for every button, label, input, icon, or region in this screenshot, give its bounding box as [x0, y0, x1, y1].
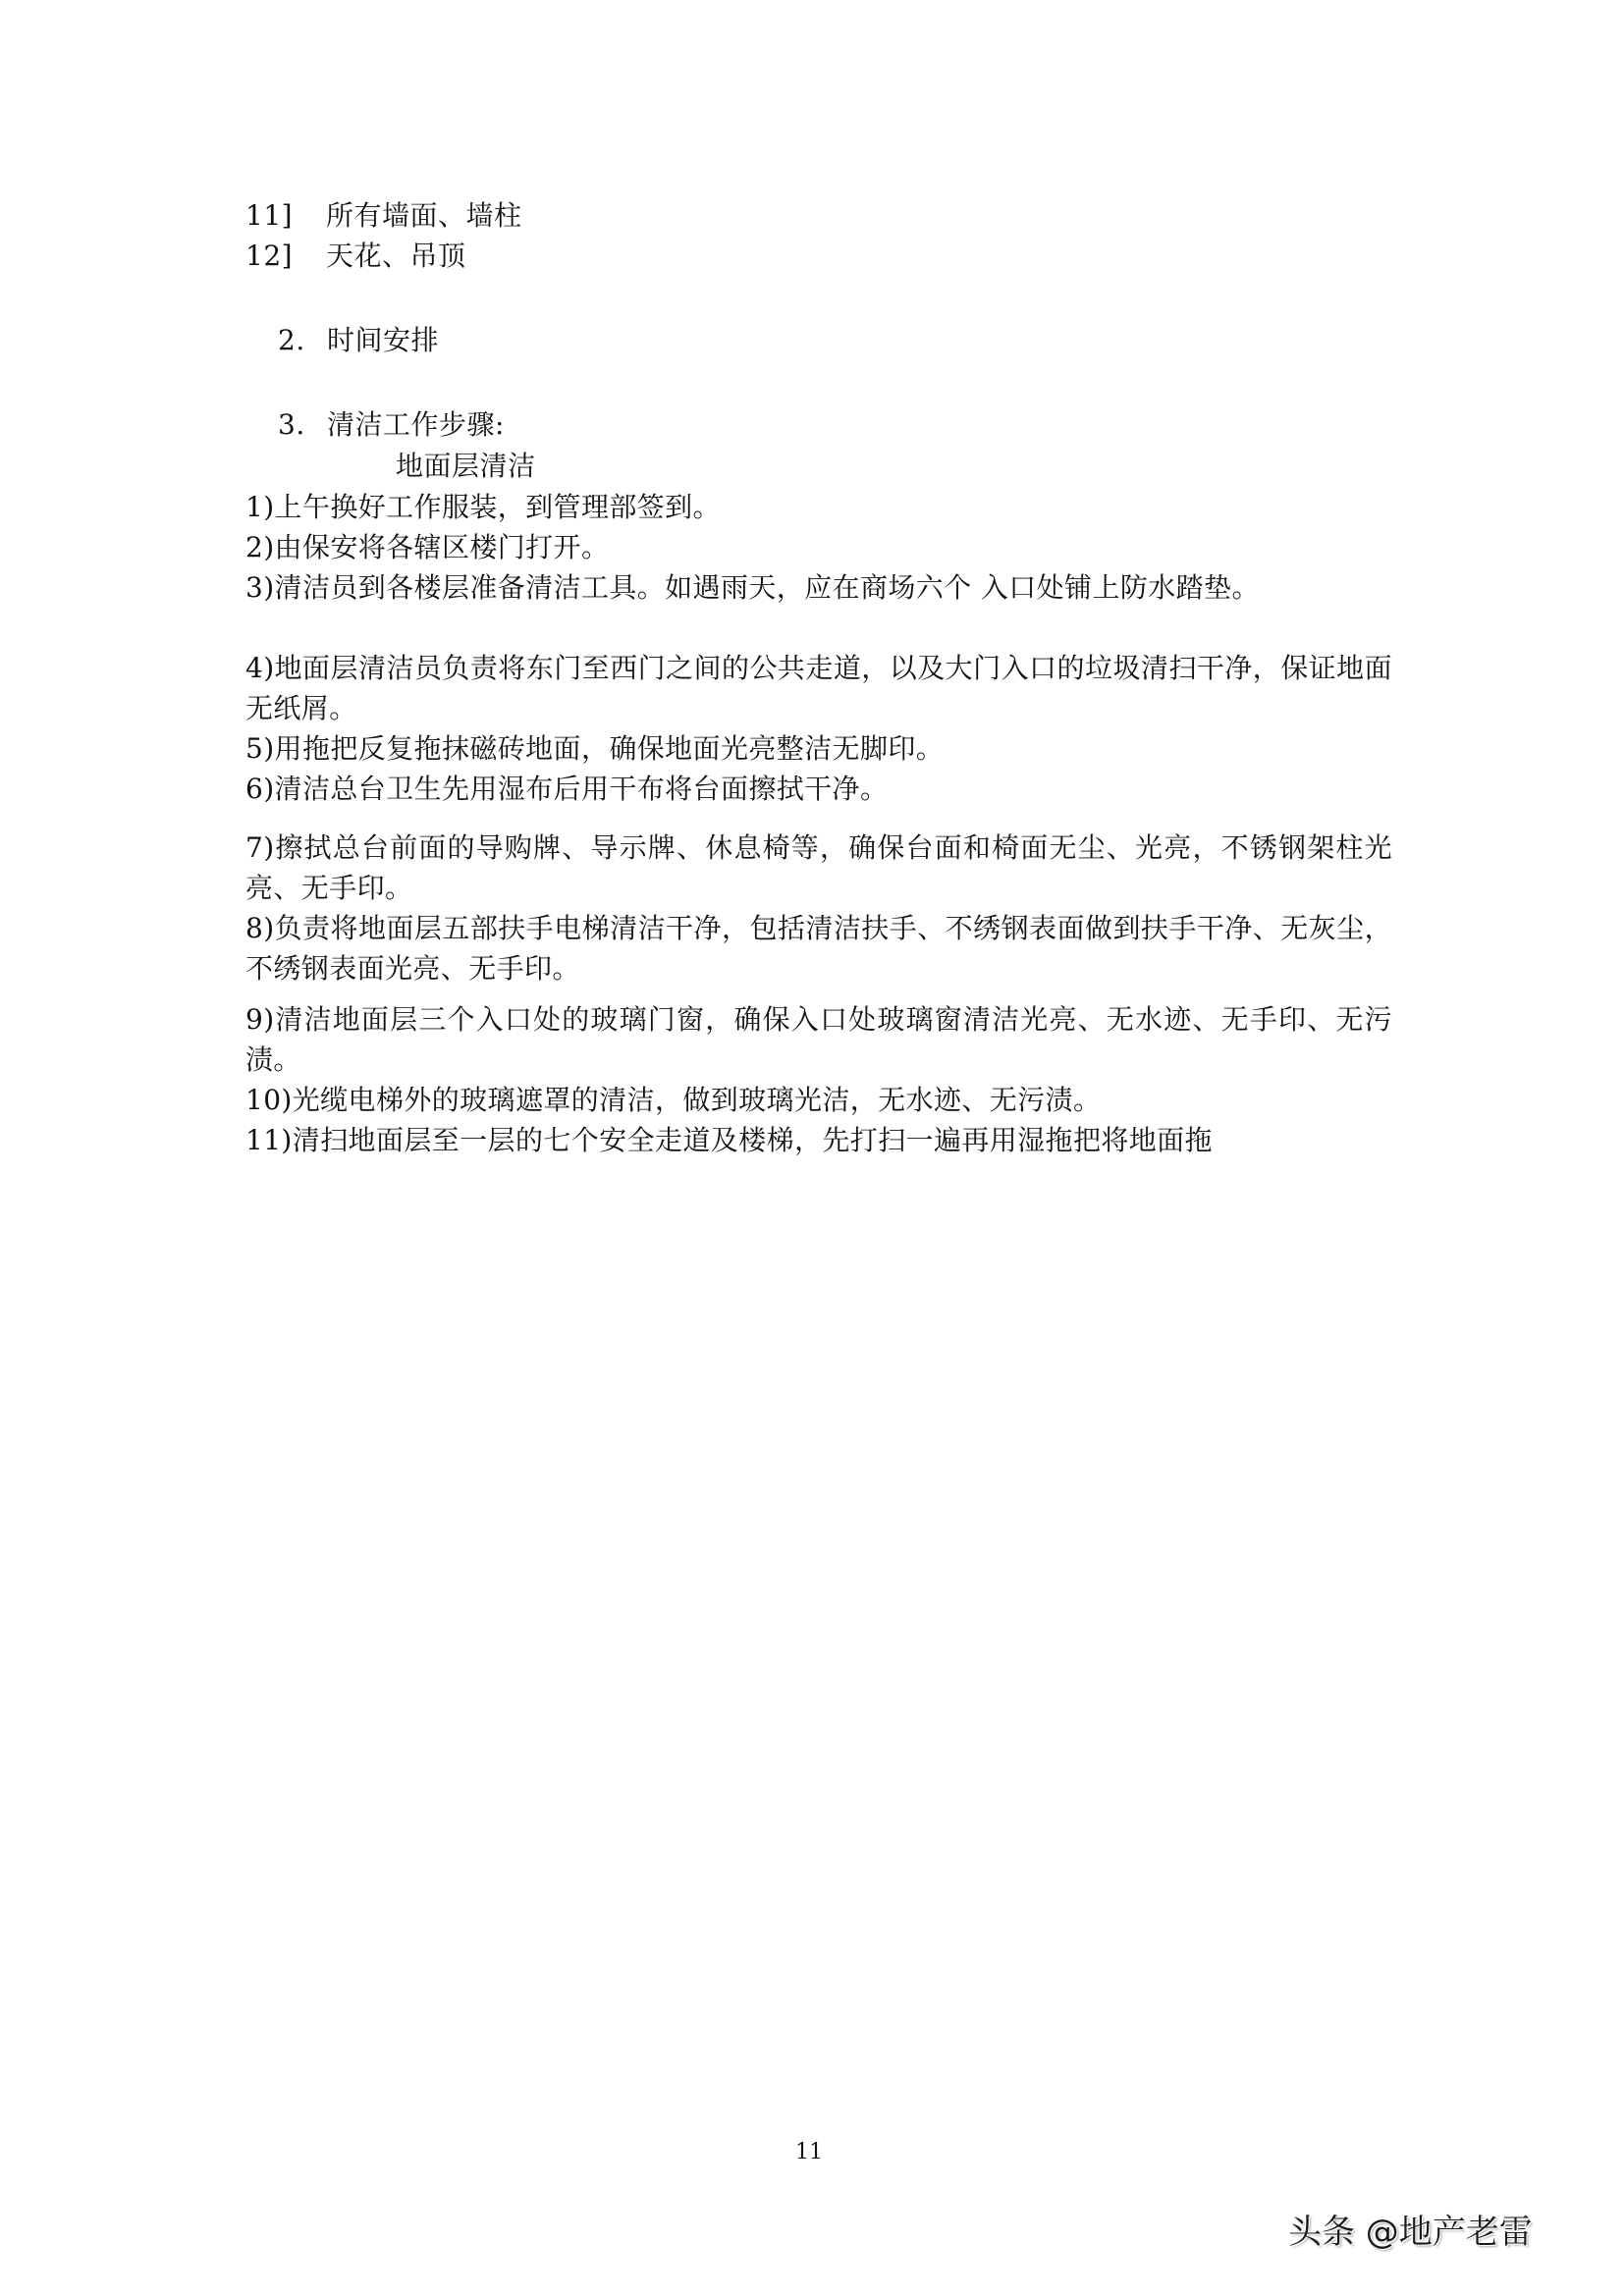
- section-heading-cleaning-steps: 3.清洁工作步骤:: [278, 405, 1427, 445]
- document-page: 11]所有墙面、墙柱 12]天花、吊顶 2.时间安排 3.清洁工作步骤: 地面层…: [0, 0, 1624, 2296]
- step-item: 5)用拖把反复拖抹磁砖地面，确保地面光亮整洁无脚印。: [245, 728, 1392, 769]
- page-number: 11: [795, 2140, 823, 2165]
- step-item: 9)清洁地面层三个入口处的玻璃门窗，确保入口处玻璃窗清洁光亮、无水迹、无手印、无…: [245, 999, 1392, 1080]
- step-item: 2)由保安将各辖区楼门打开。: [245, 527, 1392, 567]
- step-item: 8)负责将地面层五部扶手电梯清洁干净，包括清洁扶手、不绣钢表面做到扶手干净、无灰…: [245, 908, 1392, 988]
- step-item: 7)擦拭总台前面的导购牌、导示牌、休息椅等，确保台面和椅面无尘、光亮，不锈钢架柱…: [245, 828, 1392, 908]
- step-item: 6)清洁总台卫生先用湿布后用干布将台面擦拭干净。: [245, 769, 1392, 809]
- subheading-ground-floor: 地面层清洁: [396, 447, 1544, 486]
- step-item: 3)清洁员到各楼层准备清洁工具。如遇雨天，应在商场六个 入口处铺上防水踏垫。: [245, 567, 1392, 608]
- section-title: 清洁工作步骤:: [327, 408, 505, 441]
- list-item-number: 12]: [245, 237, 326, 276]
- section-heading-schedule: 2.时间安排: [278, 321, 1427, 360]
- step-item: 10)光缆电梯外的玻璃遮罩的清洁，做到玻璃光洁，无水迹、无污渍。: [245, 1080, 1392, 1120]
- section-title: 时间安排: [327, 324, 439, 356]
- list-item-number: 11]: [245, 196, 326, 236]
- section-number: 2.: [278, 321, 327, 360]
- step-item: 4)地面层清洁员负责将东门至西门之间的公共走道，以及大门入口的垃圾清扫干净，保证…: [245, 648, 1392, 728]
- watermark: 头条 @地产老雷: [1288, 2213, 1533, 2252]
- step-item: 1)上午换好工作服装，到管理部签到。: [245, 487, 1392, 527]
- list-item-text: 所有墙面、墙柱: [326, 199, 522, 232]
- list-item: 11]所有墙面、墙柱: [245, 196, 1394, 236]
- list-item-text: 天花、吊顶: [326, 240, 466, 272]
- step-item: 11)清扫地面层至一层的七个安全走道及楼梯，先打扫一遍再用湿拖把将地面拖: [245, 1120, 1392, 1160]
- section-number: 3.: [278, 405, 327, 445]
- list-item: 12]天花、吊顶: [245, 237, 1394, 276]
